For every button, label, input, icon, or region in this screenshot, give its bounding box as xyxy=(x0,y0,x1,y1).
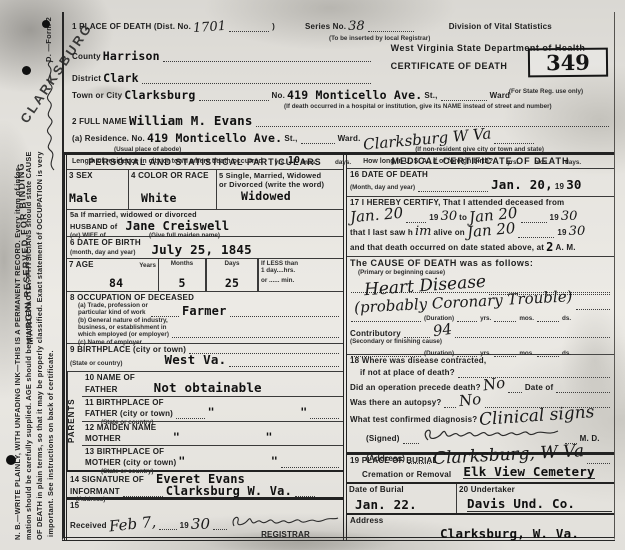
age-label: 7 AGE xyxy=(69,260,94,270)
dod-year-prefix: 19 xyxy=(555,182,564,192)
received-row: 15 Received Feb 7, 19 30 REGISTRAR xyxy=(67,500,343,541)
street-no-label: No. xyxy=(272,91,286,101)
mother-bp-label-2: MOTHER (city or town) xyxy=(85,458,176,468)
residence-label: (a) Residence. No. xyxy=(72,134,145,144)
personal-section-title: PERSONAL AND STATISTICAL PARTICULARS xyxy=(67,155,343,170)
district-label: District xyxy=(72,74,101,84)
secondary-sub: (Secondary or finishing cause) xyxy=(350,338,611,345)
undertaker-value: Davis Und. Co. xyxy=(467,498,612,512)
contributory-hand: 94 xyxy=(432,322,453,340)
birthplace-value: West Va. xyxy=(164,354,226,367)
duration-ds-1: ds. xyxy=(562,315,571,322)
burial-place-value: Elk View Cemetery xyxy=(463,466,594,480)
margin-note-line4: important. See instructions on back of c… xyxy=(47,350,54,537)
certify-block: 17 I HEREBY CERTIFY, That I attended dec… xyxy=(347,197,614,257)
mother-label-2: MOTHER xyxy=(85,434,121,444)
cert-label: CERTIFICATE OF DEATH xyxy=(391,61,508,71)
father-birthplace-row: 11 BIRTHPLACE OF FATHER (city or town) "… xyxy=(82,397,343,422)
county-label: County xyxy=(72,52,101,62)
fullname-label: 2 FULL NAME xyxy=(72,117,127,127)
age-years-header: Years xyxy=(139,262,156,269)
autopsy-label: Was there an autopsy? xyxy=(350,398,441,408)
alive-date-hand: Jan 20 xyxy=(466,221,516,240)
alive-year-hand: 30 xyxy=(569,225,586,238)
margin-note-line3: OF DEATH in plain terms, so that it may … xyxy=(36,151,43,540)
occ-b-line3: which employed (or employer) xyxy=(78,331,169,338)
operation-hand: No xyxy=(482,375,506,393)
duration-mos-1: mos. xyxy=(519,315,534,322)
medical-section-title: MEDICAL CERTIFICATE OF DEATH xyxy=(347,155,614,169)
residence-ward-label: Ward. xyxy=(338,134,361,144)
series-no-label: Series No. xyxy=(305,22,346,32)
fullname-value: William M. Evans xyxy=(129,115,253,128)
informant-address-value: Clarksburg W. Va. xyxy=(166,485,292,497)
district-value: Clark xyxy=(103,73,139,85)
dateof-label: Date of xyxy=(525,383,554,393)
certificate-of-death-title: CERTIFICATE OF DEATH xyxy=(364,56,534,74)
age-less-line2: 1 day....hrs. xyxy=(261,267,341,274)
father-value: Not obtainable xyxy=(154,382,262,395)
vertical-signature xyxy=(40,58,62,173)
duration-yrs-1: yrs. xyxy=(480,315,491,322)
division-label: Division of Vital Statistics xyxy=(449,22,552,32)
burial-date-label: Date of Burial xyxy=(349,485,454,495)
to-year-hand: 30 xyxy=(561,210,578,223)
place-close: ) xyxy=(272,22,275,32)
occupation-value: Farmer xyxy=(182,305,227,317)
spouse-value: Jane Creiswell xyxy=(125,220,229,232)
form-header-section: 1 PLACE OF DEATH (Dist. No. 1701 ) Serie… xyxy=(64,12,614,152)
occ-b-line1: (b) General nature of industry, xyxy=(78,317,340,324)
residence-street-value: 419 Monticello Ave. xyxy=(147,133,282,145)
undertaker-address-row: Address Clarksburg, W. Va. xyxy=(347,515,614,541)
certificate-form: 1 PLACE OF DEATH (Dist. No. 1701 ) Serie… xyxy=(62,12,615,541)
death-time-hand: 2 xyxy=(546,241,553,253)
dob-value: July 25, 1845 xyxy=(151,244,251,257)
undertaker-address-label: Address xyxy=(350,516,611,526)
sex-value: Male xyxy=(69,193,126,205)
dod-value: Jan. 20, xyxy=(491,179,553,192)
dob-sub: (month, day and year) xyxy=(70,249,135,256)
death-certificate-scan: D. —Form 2 MARGIN RESERVED FOR BINDING N… xyxy=(0,0,625,550)
mother-bp-value: " " xyxy=(178,456,278,468)
lastsaw-hand: im xyxy=(415,225,432,238)
q18-line1: 18 Where was disease contracted, xyxy=(350,356,611,366)
mother-value: " " xyxy=(173,432,273,444)
cause-of-death-block: The CAUSE OF DEATH was as follows: (Prim… xyxy=(347,257,614,355)
disease-contracted-block: 18 Where was disease contracted, if not … xyxy=(347,355,614,455)
burial-sub: Cremation or Removal xyxy=(362,470,451,480)
residence-st-label: St., xyxy=(284,134,297,144)
marital-label-2: or Divorced (write the word) xyxy=(219,180,341,189)
hospital-note: (If death occurred in a hospital or inst… xyxy=(284,103,552,110)
alive-year-prefix: 19 xyxy=(557,228,566,238)
signed-label: (Signed) xyxy=(366,434,400,444)
marital-value: Widowed xyxy=(241,191,341,203)
received-year-hand: 30 xyxy=(191,517,210,532)
age-years-value: 84 xyxy=(109,278,156,290)
age-months-header: Months xyxy=(161,260,203,267)
punch-hole xyxy=(6,455,16,465)
age-less-line3: or ...... min. xyxy=(261,277,341,284)
lastsaw-label: that I last saw h xyxy=(350,228,413,238)
received-year-prefix: 19 xyxy=(180,521,189,531)
nonresident-note: (If non-resident give city or town and s… xyxy=(415,146,544,153)
to-label: to xyxy=(459,213,467,223)
informant-row: 14 SIGNATURE OF Everet Evans INFORMANT C… xyxy=(67,472,343,500)
punch-hole xyxy=(22,66,31,75)
contributory-label: Contributory xyxy=(350,329,401,339)
medical-certificate-column: MEDICAL CERTIFICATE OF DEATH 16 DATE OF … xyxy=(347,155,614,541)
sex-label: 3 SEX xyxy=(69,171,126,181)
occupation-row: 8 OCCUPATION OF DECEASED (a) Trade, prof… xyxy=(67,292,343,344)
personal-particulars-column: PERSONAL AND STATISTICAL PARTICULARS 3 S… xyxy=(64,155,347,541)
autopsy-hand: No xyxy=(459,392,483,409)
informant-label-1: 14 SIGNATURE OF xyxy=(70,475,144,485)
town-label: Town or City xyxy=(72,91,122,101)
informant-value: Everet Evans xyxy=(156,473,245,485)
occ-a-line2: particular kind of work xyxy=(78,309,148,316)
date-of-death-row: 16 DATE OF DEATH (Month, day and year) J… xyxy=(347,169,614,198)
race-value: White xyxy=(141,193,214,205)
parents-label: PARENTS xyxy=(67,372,82,470)
race-label: 4 COLOR OR RACE xyxy=(131,171,214,181)
age-months-value: 5 xyxy=(161,278,203,290)
death-occurred-label: and that death occurred on date stated a… xyxy=(350,243,544,253)
place-of-burial-row: 19 PLACE OF BURIAL Cremation or Removal … xyxy=(347,455,614,484)
dob-row: 6 DATE OF BIRTH (month, day and year) Ju… xyxy=(67,237,343,259)
am-label: A. M. xyxy=(556,243,576,253)
margin-note-line2: mation should be carefully supplied. AGE… xyxy=(25,151,32,540)
undertaker-address-value: Clarksburg, W. Va. xyxy=(440,528,611,541)
registrar-signature xyxy=(230,512,340,530)
age-days-value: 25 xyxy=(209,278,255,290)
father-name-row: 10 NAME OF FATHER Not obtainable xyxy=(82,372,343,397)
occ-a-line1: (a) Trade, profession or xyxy=(78,302,148,309)
undertaker-label: 20 Undertaker xyxy=(459,485,612,495)
abode-note: (Usual place of abode) xyxy=(114,146,181,153)
received-label: Received xyxy=(70,521,107,531)
certificate-number-box: 349 xyxy=(528,48,608,78)
age-less-line1: If LESS than xyxy=(261,260,341,267)
birthplace-row: 9 BIRTHPLACE (city or town) (State or co… xyxy=(67,344,343,372)
father-bp-label-2: FATHER (city or town) xyxy=(85,409,173,419)
cause-label: The CAUSE OF DEATH was as follows: xyxy=(350,258,611,269)
spouse-label-2: HUSBAND of xyxy=(70,223,117,232)
father-label-2: FATHER xyxy=(85,385,118,395)
county-value: Harrison xyxy=(103,51,160,63)
to-year-prefix: 19 xyxy=(550,213,559,223)
occ-b-line2: business, or establishment in xyxy=(78,324,167,331)
burial-date-value: Jan. 22. xyxy=(355,499,454,512)
age-row: 7 AGE Years 84 Months 5 Days 25 If xyxy=(67,259,343,292)
mother-name-row: 12 MAIDEN NAME MOTHER " " xyxy=(82,422,343,446)
sex-race-marital-row: 3 SEX Male 4 COLOR OR RACE White 5 Singl… xyxy=(67,170,343,210)
mother-birthplace-row: 13 BIRTHPLACE OF MOTHER (city or town) "… xyxy=(82,446,343,472)
ward-label: Ward xyxy=(490,91,511,101)
parents-group: PARENTS 10 NAME OF FATHER Not obtainable… xyxy=(67,372,343,472)
from-year-prefix: 19 xyxy=(429,213,438,223)
punch-hole xyxy=(42,20,50,28)
received-no: 15 xyxy=(70,501,340,511)
registrar-label: REGISTRAR xyxy=(261,530,310,540)
dod-year-hand: 30 xyxy=(566,179,581,192)
town-value: Clarksburg xyxy=(124,90,195,102)
certificate-number: 349 xyxy=(546,50,590,75)
q18-line2: if not at place of death? xyxy=(360,368,455,378)
st-label: St., xyxy=(424,91,437,101)
father-bp-value: " " xyxy=(208,407,308,419)
from-year-hand: 30 xyxy=(441,210,458,223)
spouse-row: 5a If married, widowed or divorced HUSBA… xyxy=(67,210,343,237)
margin-note-line1: N. B.—WRITE PLAINLY, WITH UNFADING INK—T… xyxy=(14,165,21,540)
burial-undertaker-row: Date of Burial Jan. 22. 20 Undertaker Da… xyxy=(347,484,614,515)
alive-label: alive on xyxy=(433,228,464,238)
street-value: 419 Monticello Ave. xyxy=(287,90,422,102)
dod-sub: (Month, day and year) xyxy=(350,184,415,191)
birthplace-sub: (State or country) xyxy=(70,360,122,367)
age-days-header: Days xyxy=(209,260,255,267)
occupation-label: 8 OCCUPATION OF DECEASED xyxy=(70,293,340,303)
marital-label-1: 5 Single, Married, Widowed xyxy=(219,171,341,180)
place-of-death-label: 1 PLACE OF DEATH (Dist. No. xyxy=(72,22,191,32)
